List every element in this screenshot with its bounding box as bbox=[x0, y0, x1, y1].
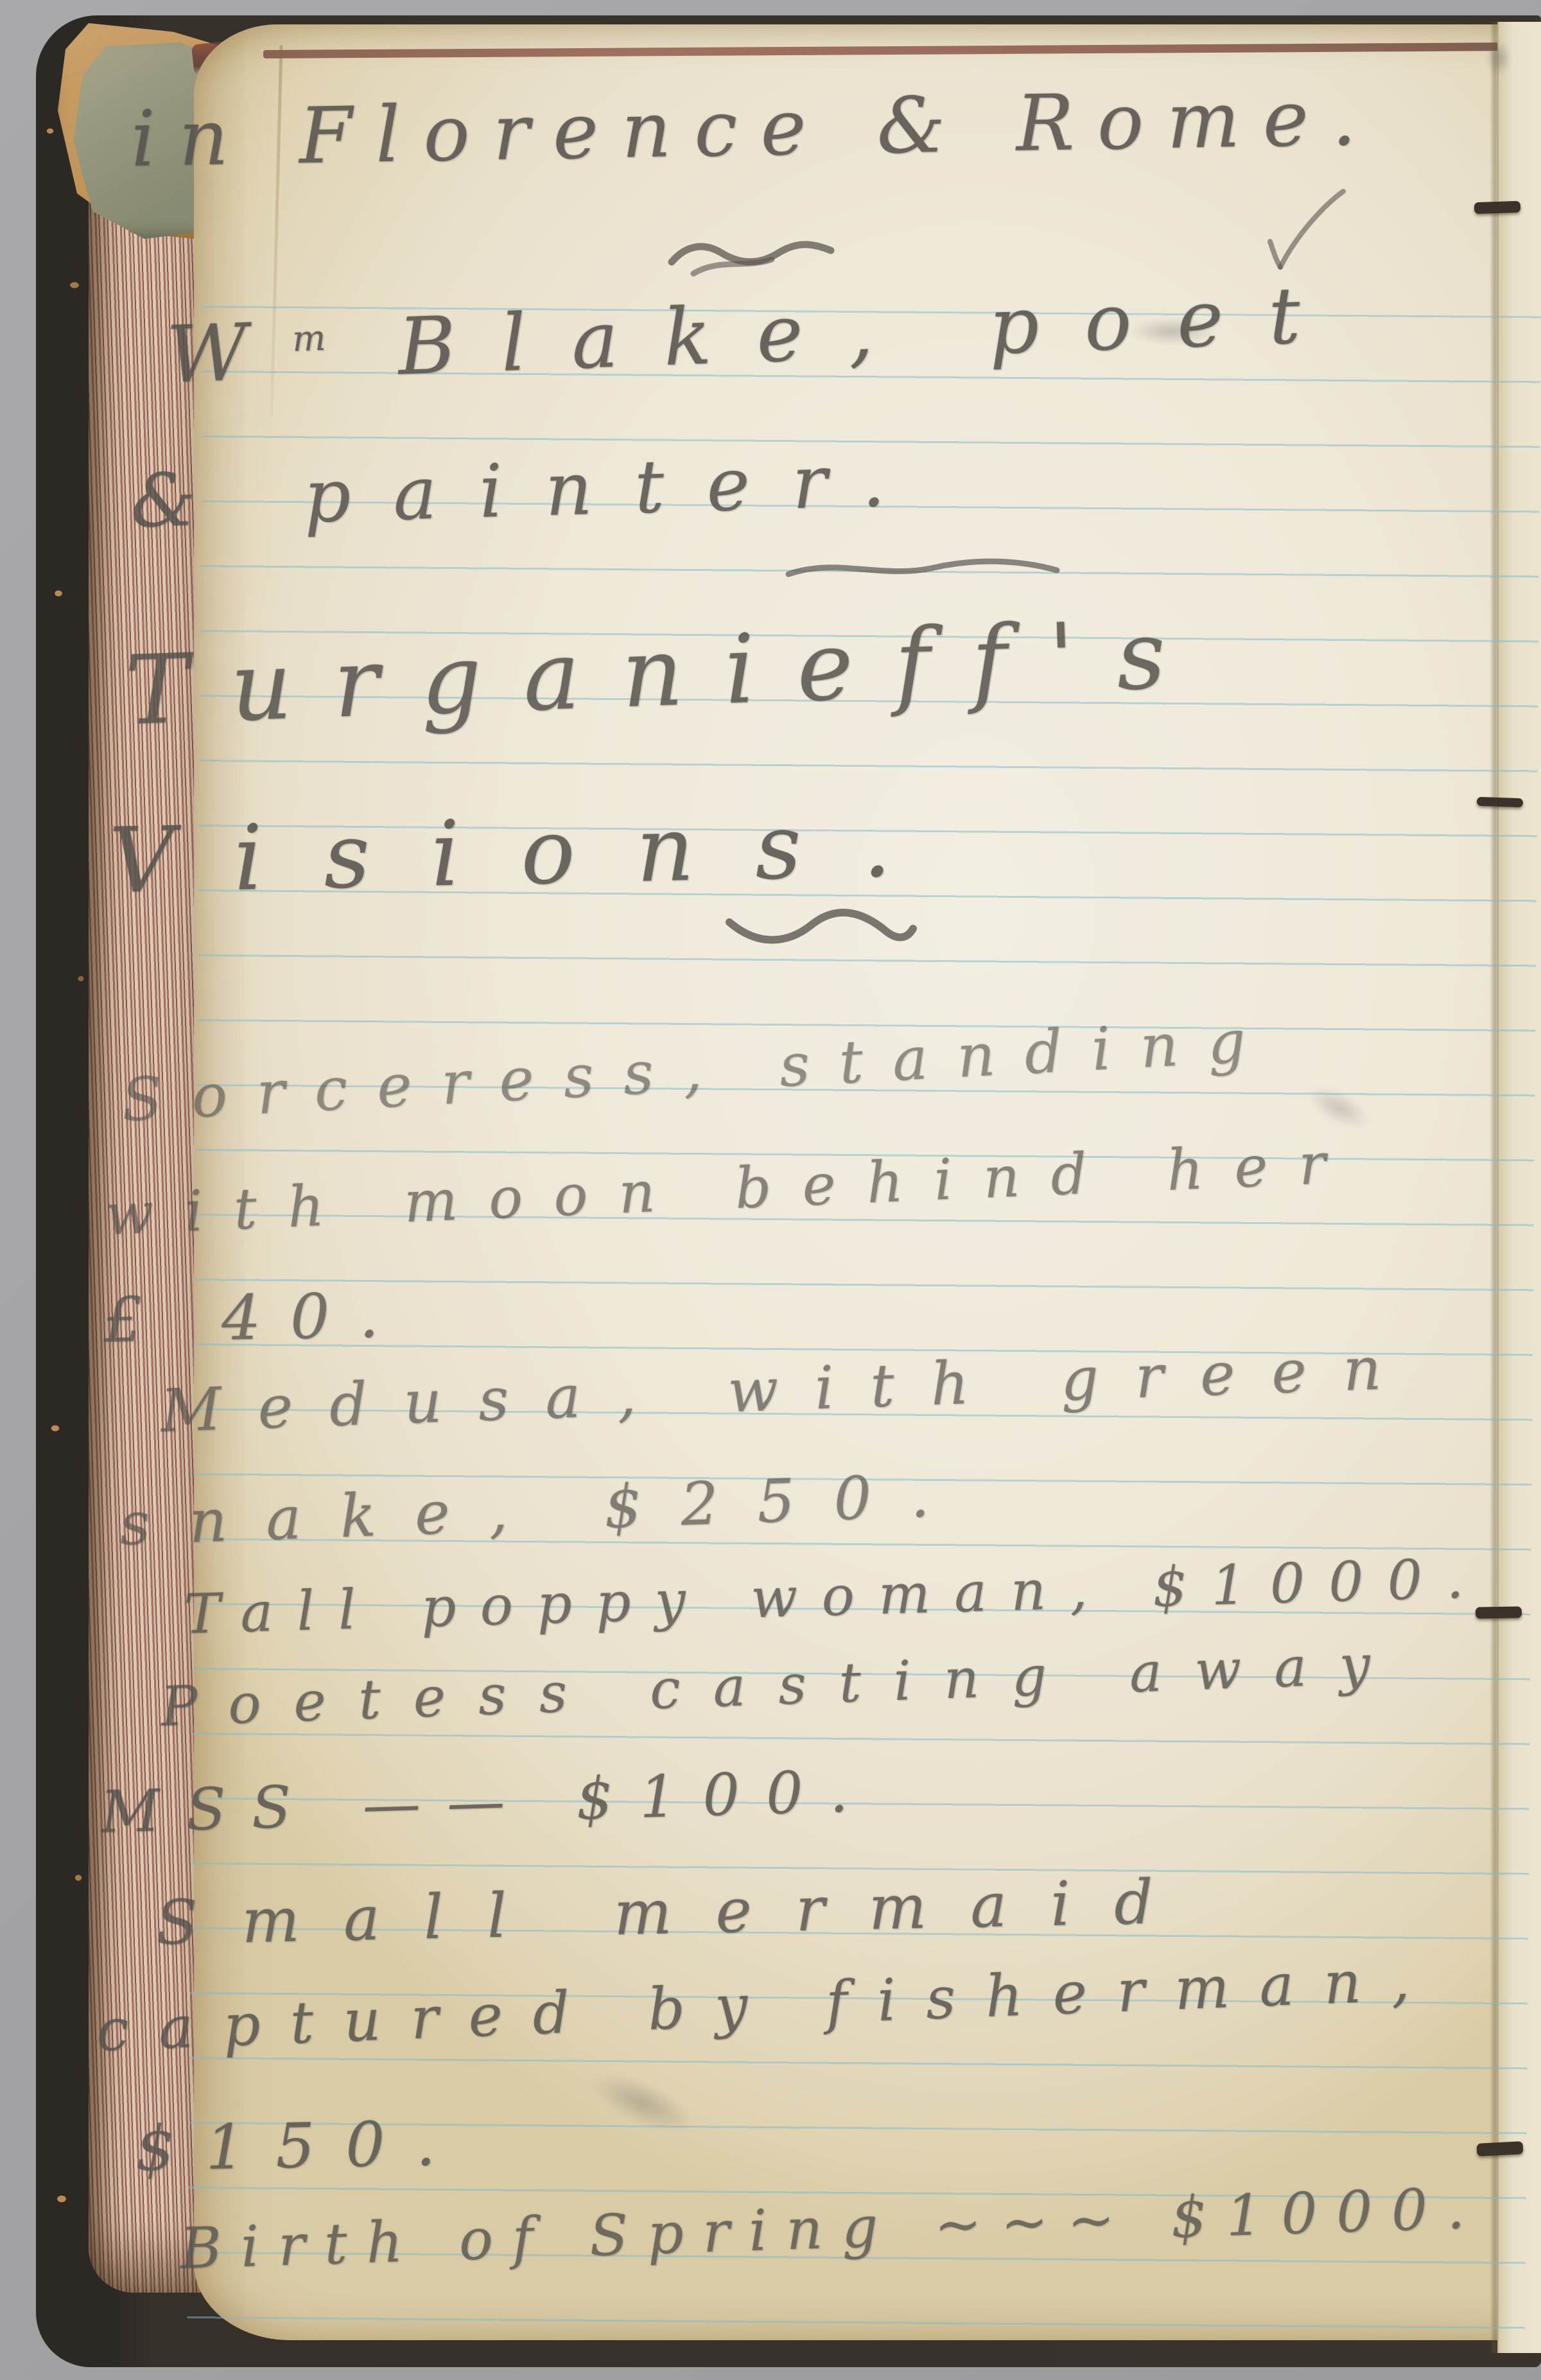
wm-abbrev-w: W bbox=[165, 305, 294, 401]
binding-stitch bbox=[1477, 797, 1523, 808]
handwritten-line-painter: & painter. bbox=[130, 442, 928, 538]
binding-stitch bbox=[1477, 2141, 1524, 2157]
handwritten-line-visions: Visions. bbox=[109, 800, 953, 907]
underline-squiggle bbox=[785, 551, 1062, 587]
handwritten-line-price-150: $150. bbox=[135, 2112, 466, 2180]
wm-abbrev-superscript-m: m bbox=[292, 317, 328, 360]
checkmark-stroke bbox=[1264, 185, 1348, 276]
handwritten-line-price-40: £ 40. bbox=[103, 1284, 408, 1351]
underline-squiggle bbox=[724, 903, 918, 953]
binding-stitch bbox=[1474, 201, 1521, 214]
scanned-notebook-page: in Florence & Rome. Wm Blake, poet & pai… bbox=[0, 0, 1541, 2380]
double-underline-squiggle bbox=[668, 236, 836, 283]
handwritten-line-florence-rome: in Florence & Rome. bbox=[130, 80, 1380, 179]
pencil-smudge bbox=[1481, 32, 1517, 83]
